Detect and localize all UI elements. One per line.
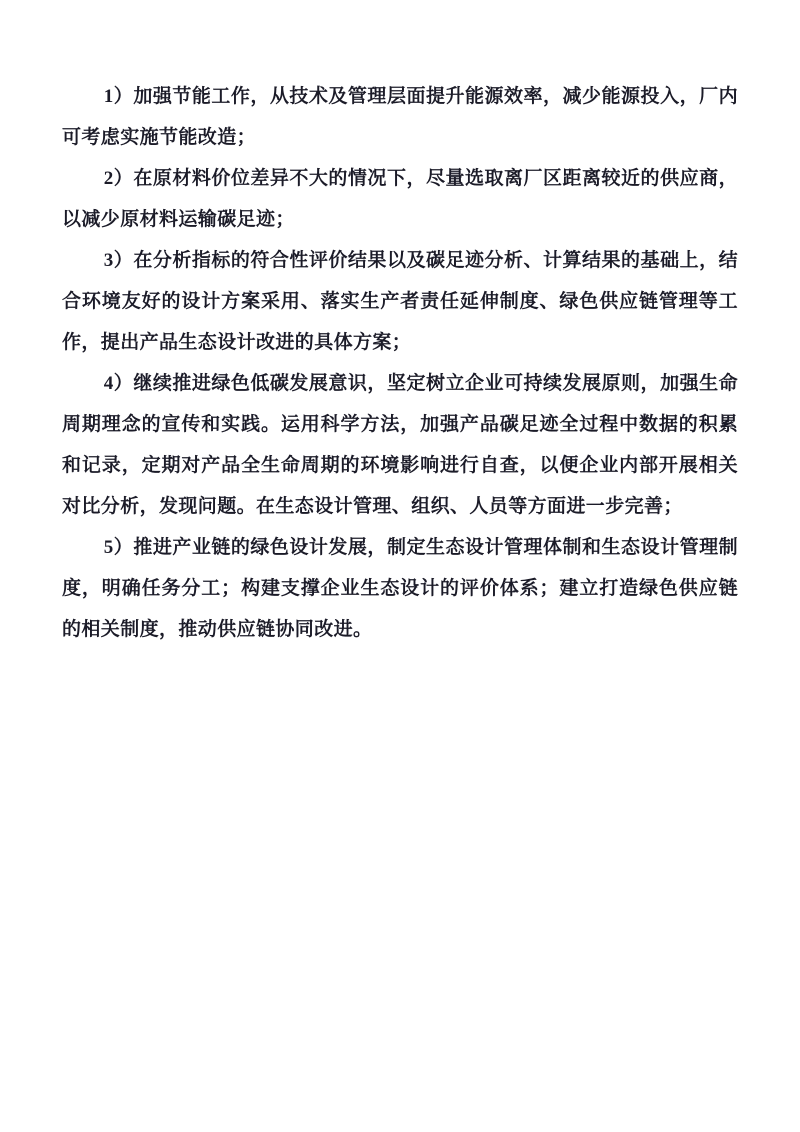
paragraph-4: 4）继续推进绿色低碳发展意识，坚定树立企业可持续发展原则，加强生命周期理念的宣传…: [62, 363, 738, 527]
paragraph-5: 5）推进产业链的绿色设计发展，制定生态设计管理体制和生态设计管理制度，明确任务分…: [62, 527, 738, 650]
document-page: 1）加强节能工作，从技术及管理层面提升能源效率，减少能源投入，厂内可考虑实施节能…: [0, 0, 800, 1132]
document-text-block: 1）加强节能工作，从技术及管理层面提升能源效率，减少能源投入，厂内可考虑实施节能…: [62, 76, 738, 650]
paragraph-2: 2）在原材料价位差异不大的情况下，尽量选取离厂区距离较近的供应商，以减少原材料运…: [62, 158, 738, 240]
paragraph-3: 3）在分析指标的符合性评价结果以及碳足迹分析、计算结果的基础上，结合环境友好的设…: [62, 240, 738, 363]
paragraph-1: 1）加强节能工作，从技术及管理层面提升能源效率，减少能源投入，厂内可考虑实施节能…: [62, 76, 738, 158]
